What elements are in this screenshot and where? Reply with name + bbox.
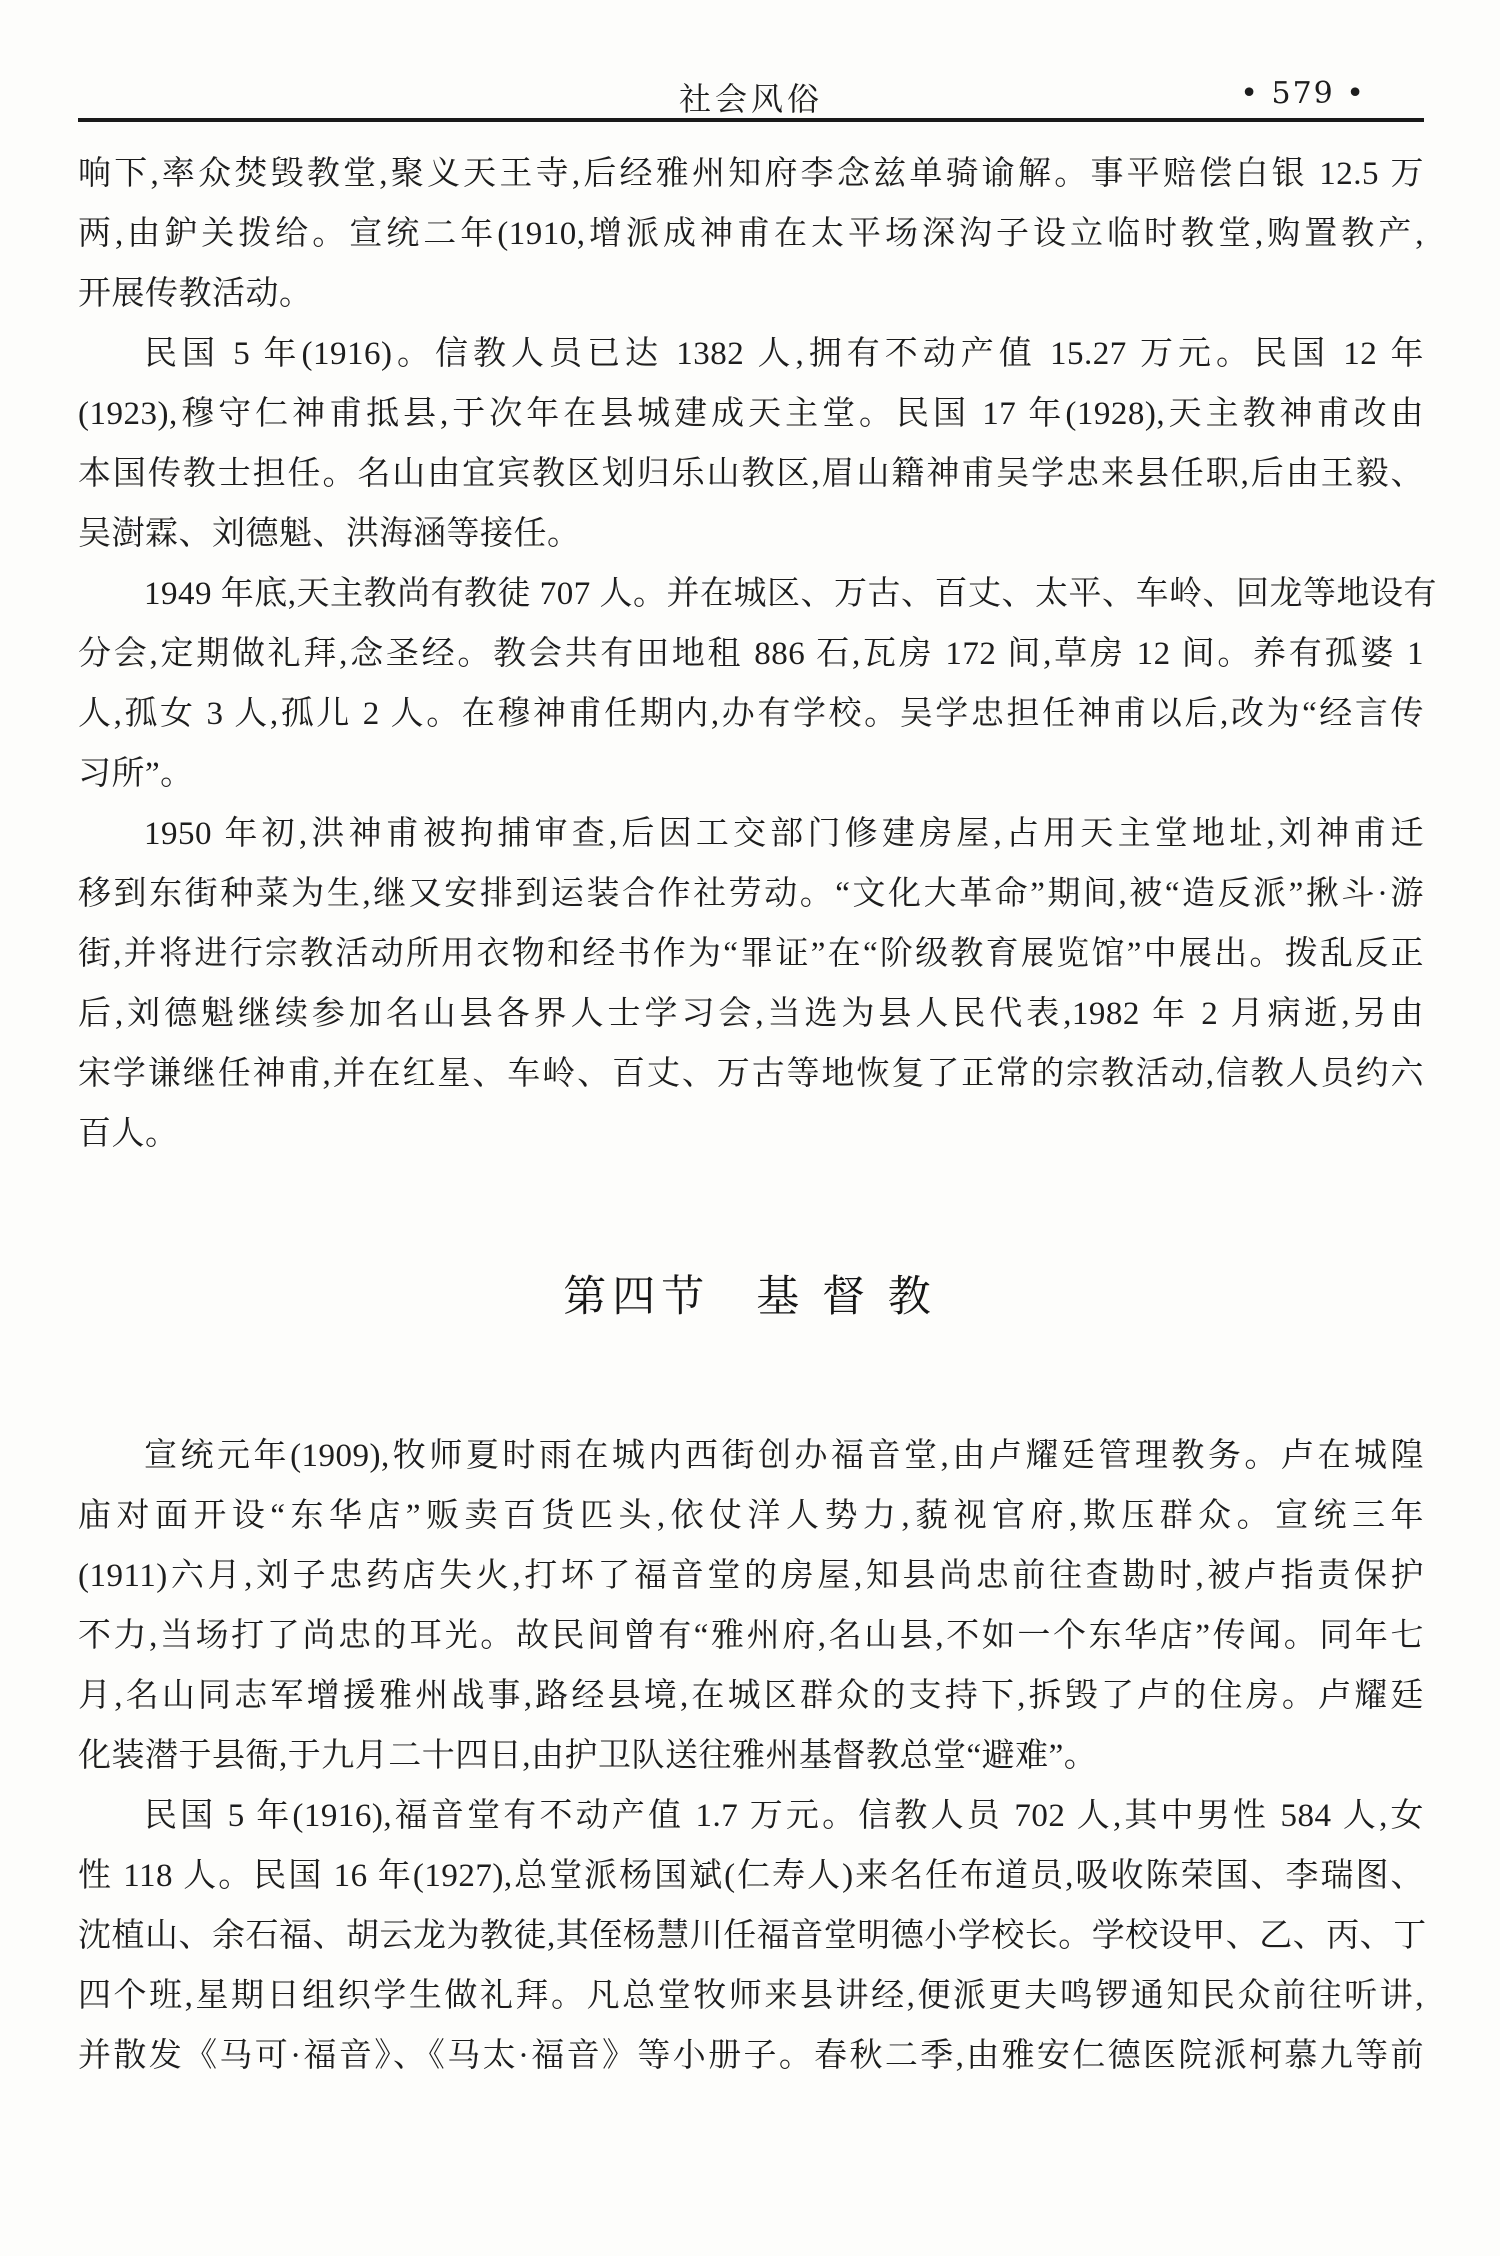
text-line: 移到东街种菜为生,继又安排到运装合作社劳动。“文化大革命”期间,被“造反派”揪斗…: [78, 864, 1424, 924]
catholic-section-text: 响下,率众焚毁教堂,聚义天王寺,后经雅州知府李念兹单骑谕解。事平赔偿白银 12.…: [78, 144, 1424, 1164]
text-line: 习所”。: [78, 744, 1424, 804]
section-heading-label: 第四节: [563, 1274, 710, 1321]
text-line: 四个班,星期日组织学生做礼拜。凡总堂牧师来县讲经,便派更夫鸣锣通知民众前往听讲,: [78, 1966, 1424, 2026]
text-line: 不力,当场打了尚忠的耳光。故民间曾有“雅州府,名山县,不如一个东华店”传闻。同年…: [78, 1606, 1424, 1666]
text-line: 庙对面开设“东华店”贩卖百货匹头,依仗洋人势力,藐视官府,欺压群众。宣统三年: [78, 1486, 1424, 1546]
text-line: 月,名山同志军增援雅州战事,路经县境,在城区群众的支持下,拆毁了卢的住房。卢耀廷: [78, 1666, 1424, 1726]
text-line: (1923),穆守仁神甫抵县,于次年在县城建成天主堂。民国 17 年(1928)…: [78, 384, 1424, 444]
text-line: 性 118 人。民国 16 年(1927),总堂派杨国斌(仁寿人)来名任布道员,…: [78, 1846, 1424, 1906]
running-title: 社会风俗: [78, 74, 1424, 120]
text-line: 街,并将进行宗教活动所用衣物和经书作为“罪证”在“阶级教育展览馆”中展出。拨乱反…: [78, 924, 1424, 984]
text-line: 分会,定期做礼拜,念圣经。教会共有田地租 886 石,瓦房 172 间,草房 1…: [78, 624, 1424, 684]
section-heading-title: 基 督 教: [756, 1274, 937, 1321]
text-line: 化装潜于县衙,于九月二十四日,由护卫队送往雅州基督教总堂“避难”。: [78, 1726, 1424, 1786]
text-line: 后,刘德魁继续参加名山县各界人士学习会,当选为县人民代表,1982 年 2 月病…: [78, 984, 1424, 1044]
text-line: 民国 5 年(1916)。信教人员已达 1382 人,拥有不动产值 15.27 …: [78, 324, 1424, 384]
text-line: 开展传教活动。: [78, 264, 1424, 324]
text-line: 沈植山、余石福、胡云龙为教徒,其侄杨慧川任福音堂明德小学校长。学校设甲、乙、丙、…: [78, 1906, 1424, 1966]
section-heading: 第四节基 督 教: [0, 1268, 1500, 1328]
text-line: 宣统元年(1909),牧师夏时雨在城内西街创办福音堂,由卢耀廷管理教务。卢在城隍: [78, 1426, 1424, 1486]
christian-section-text: 宣统元年(1909),牧师夏时雨在城内西街创办福音堂,由卢耀廷管理教务。卢在城隍…: [78, 1426, 1424, 2086]
text-line: 吴澍霖、刘德魁、洪海涵等接任。: [78, 504, 1424, 564]
text-line: 1950 年初,洪神甫被拘捕审查,后因工交部门修建房屋,占用天主堂地址,刘神甫迁: [78, 804, 1424, 864]
text-line: 人,孤女 3 人,孤儿 2 人。在穆神甫任期内,办有学校。吴学忠担任神甫以后,改…: [78, 684, 1424, 744]
text-line: 本国传教士担任。名山由宜宾教区划归乐山教区,眉山籍神甫吴学忠来县任职,后由王毅、: [78, 444, 1424, 504]
page-number: • 579 •: [1240, 76, 1366, 111]
scanned-book-page: 社会风俗 • 579 • 响下,率众焚毁教堂,聚义天王寺,后经雅州知府李念兹单骑…: [0, 0, 1500, 2256]
text-line: 响下,率众焚毁教堂,聚义天王寺,后经雅州知府李念兹单骑谕解。事平赔偿白银 12.…: [78, 144, 1424, 204]
text-line: (1911)六月,刘子忠药店失火,打坏了福音堂的房屋,知县尚忠前往查勘时,被卢指…: [78, 1546, 1424, 1606]
text-line: 百人。: [78, 1104, 1424, 1164]
text-line: 两,由鈩关拨给。宣统二年(1910,增派成神甫在太平场深沟子设立临时教堂,购置教…: [78, 204, 1424, 264]
text-line: 民国 5 年(1916),福音堂有不动产值 1.7 万元。信教人员 702 人,…: [78, 1786, 1424, 1846]
text-line: 宋学谦继任神甫,并在红星、车岭、百丈、万古等地恢复了正常的宗教活动,信教人员约六: [78, 1044, 1424, 1104]
page-header: 社会风俗 • 579 •: [78, 0, 1424, 122]
text-line: 1949 年底,天主教尚有教徒 707 人。并在城区、万古、百丈、太平、车岭、回…: [78, 564, 1424, 624]
text-line: 并散发《马可·福音》、《马太·福音》等小册子。春秋二季,由雅安仁德医院派柯慕九等…: [78, 2026, 1424, 2086]
